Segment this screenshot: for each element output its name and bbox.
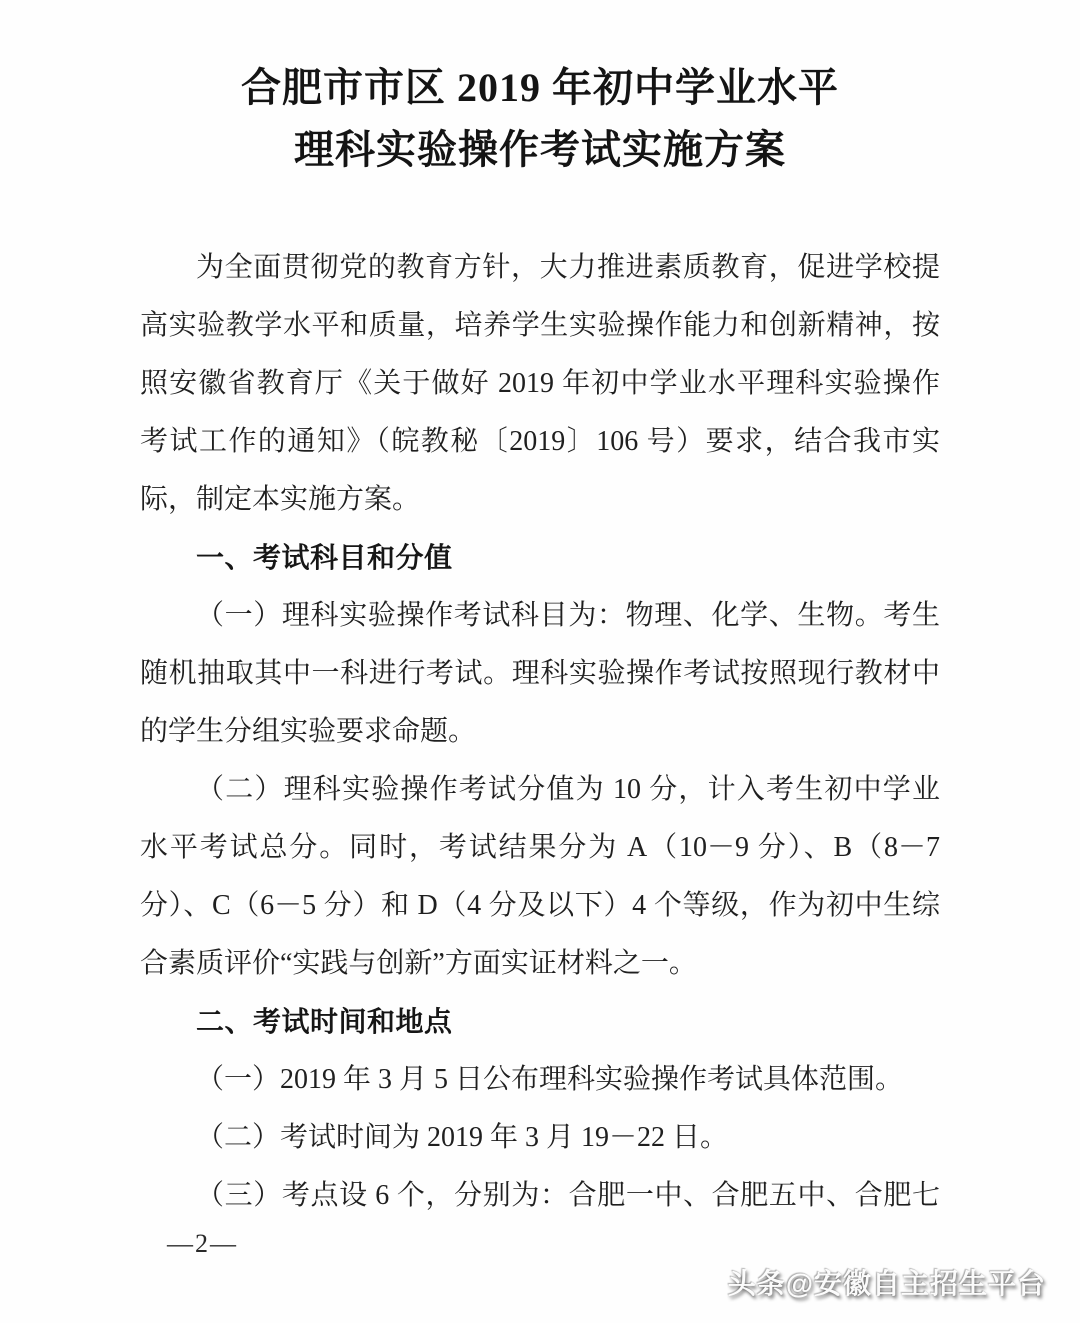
- section-1-paragraph-2-line: （二）理科实验操作考试分值为 10 分，计入考生初中学业: [140, 761, 940, 819]
- section-2-paragraph-3-line: （三）考点设 6 个，分别为：合肥一中、合肥五中、合肥七: [140, 1167, 940, 1225]
- document-title-line-1: 合肥市市区 2019 年初中学业水平: [0, 57, 1080, 119]
- intro-line: 照安徽省教育厅《关于做好 2019 年初中学业水平理科实验操作: [140, 355, 940, 413]
- section-1-paragraph-1-line: 随机抽取其中一科进行考试。理科实验操作考试按照现行教材中: [140, 645, 940, 703]
- section-2-paragraph-1-line: （一）2019 年 3 月 5 日公布理科实验操作考试具体范围。: [140, 1051, 940, 1109]
- section-1-paragraph-1-line: （一）理科实验操作考试科目为：物理、化学、生物。考生: [140, 587, 940, 645]
- page-number: —2—: [0, 1229, 1080, 1259]
- intro-line: 际，制定本实施方案。: [140, 471, 940, 529]
- title-body-spacer: [0, 181, 1080, 239]
- intro-line: 考试工作的通知》（皖教秘〔2019〕106 号）要求，结合我市实: [140, 413, 940, 471]
- section-1-heading: 一、考试科目和分值: [140, 529, 940, 587]
- section-1-paragraph-2-line: 水平考试总分。同时，考试结果分为 A（10－9 分）、B（8－7: [140, 819, 940, 877]
- section-1-paragraph-2-line: 分）、C（6－5 分）和 D（4 分及以下）4 个等级，作为初中生综: [140, 877, 940, 935]
- document-title-line-2: 理科实验操作考试实施方案: [0, 119, 1080, 181]
- document-body: 为全面贯彻党的教育方针，大力推进素质教育，促进学校提 高实验教学水平和质量，培养…: [0, 239, 1080, 1225]
- section-1-paragraph-2-line: 合素质评价“实践与创新”方面实证材料之一。: [140, 935, 940, 993]
- document-title: 合肥市市区 2019 年初中学业水平 理科实验操作考试实施方案: [0, 0, 1080, 181]
- intro-line: 为全面贯彻党的教育方针，大力推进素质教育，促进学校提: [140, 239, 940, 297]
- section-2-paragraph-2-line: （二）考试时间为 2019 年 3 月 19－22 日。: [140, 1109, 940, 1167]
- intro-line: 高实验教学水平和质量，培养学生实验操作能力和创新精神，按: [140, 297, 940, 355]
- section-2-heading: 二、考试时间和地点: [140, 993, 940, 1051]
- document-page: 合肥市市区 2019 年初中学业水平 理科实验操作考试实施方案 为全面贯彻党的教…: [0, 0, 1080, 1323]
- watermark-toutiao: 头条@安徽自主招生平台: [728, 1262, 1046, 1302]
- section-1-paragraph-1-line: 的学生分组实验要求命题。: [140, 703, 940, 761]
